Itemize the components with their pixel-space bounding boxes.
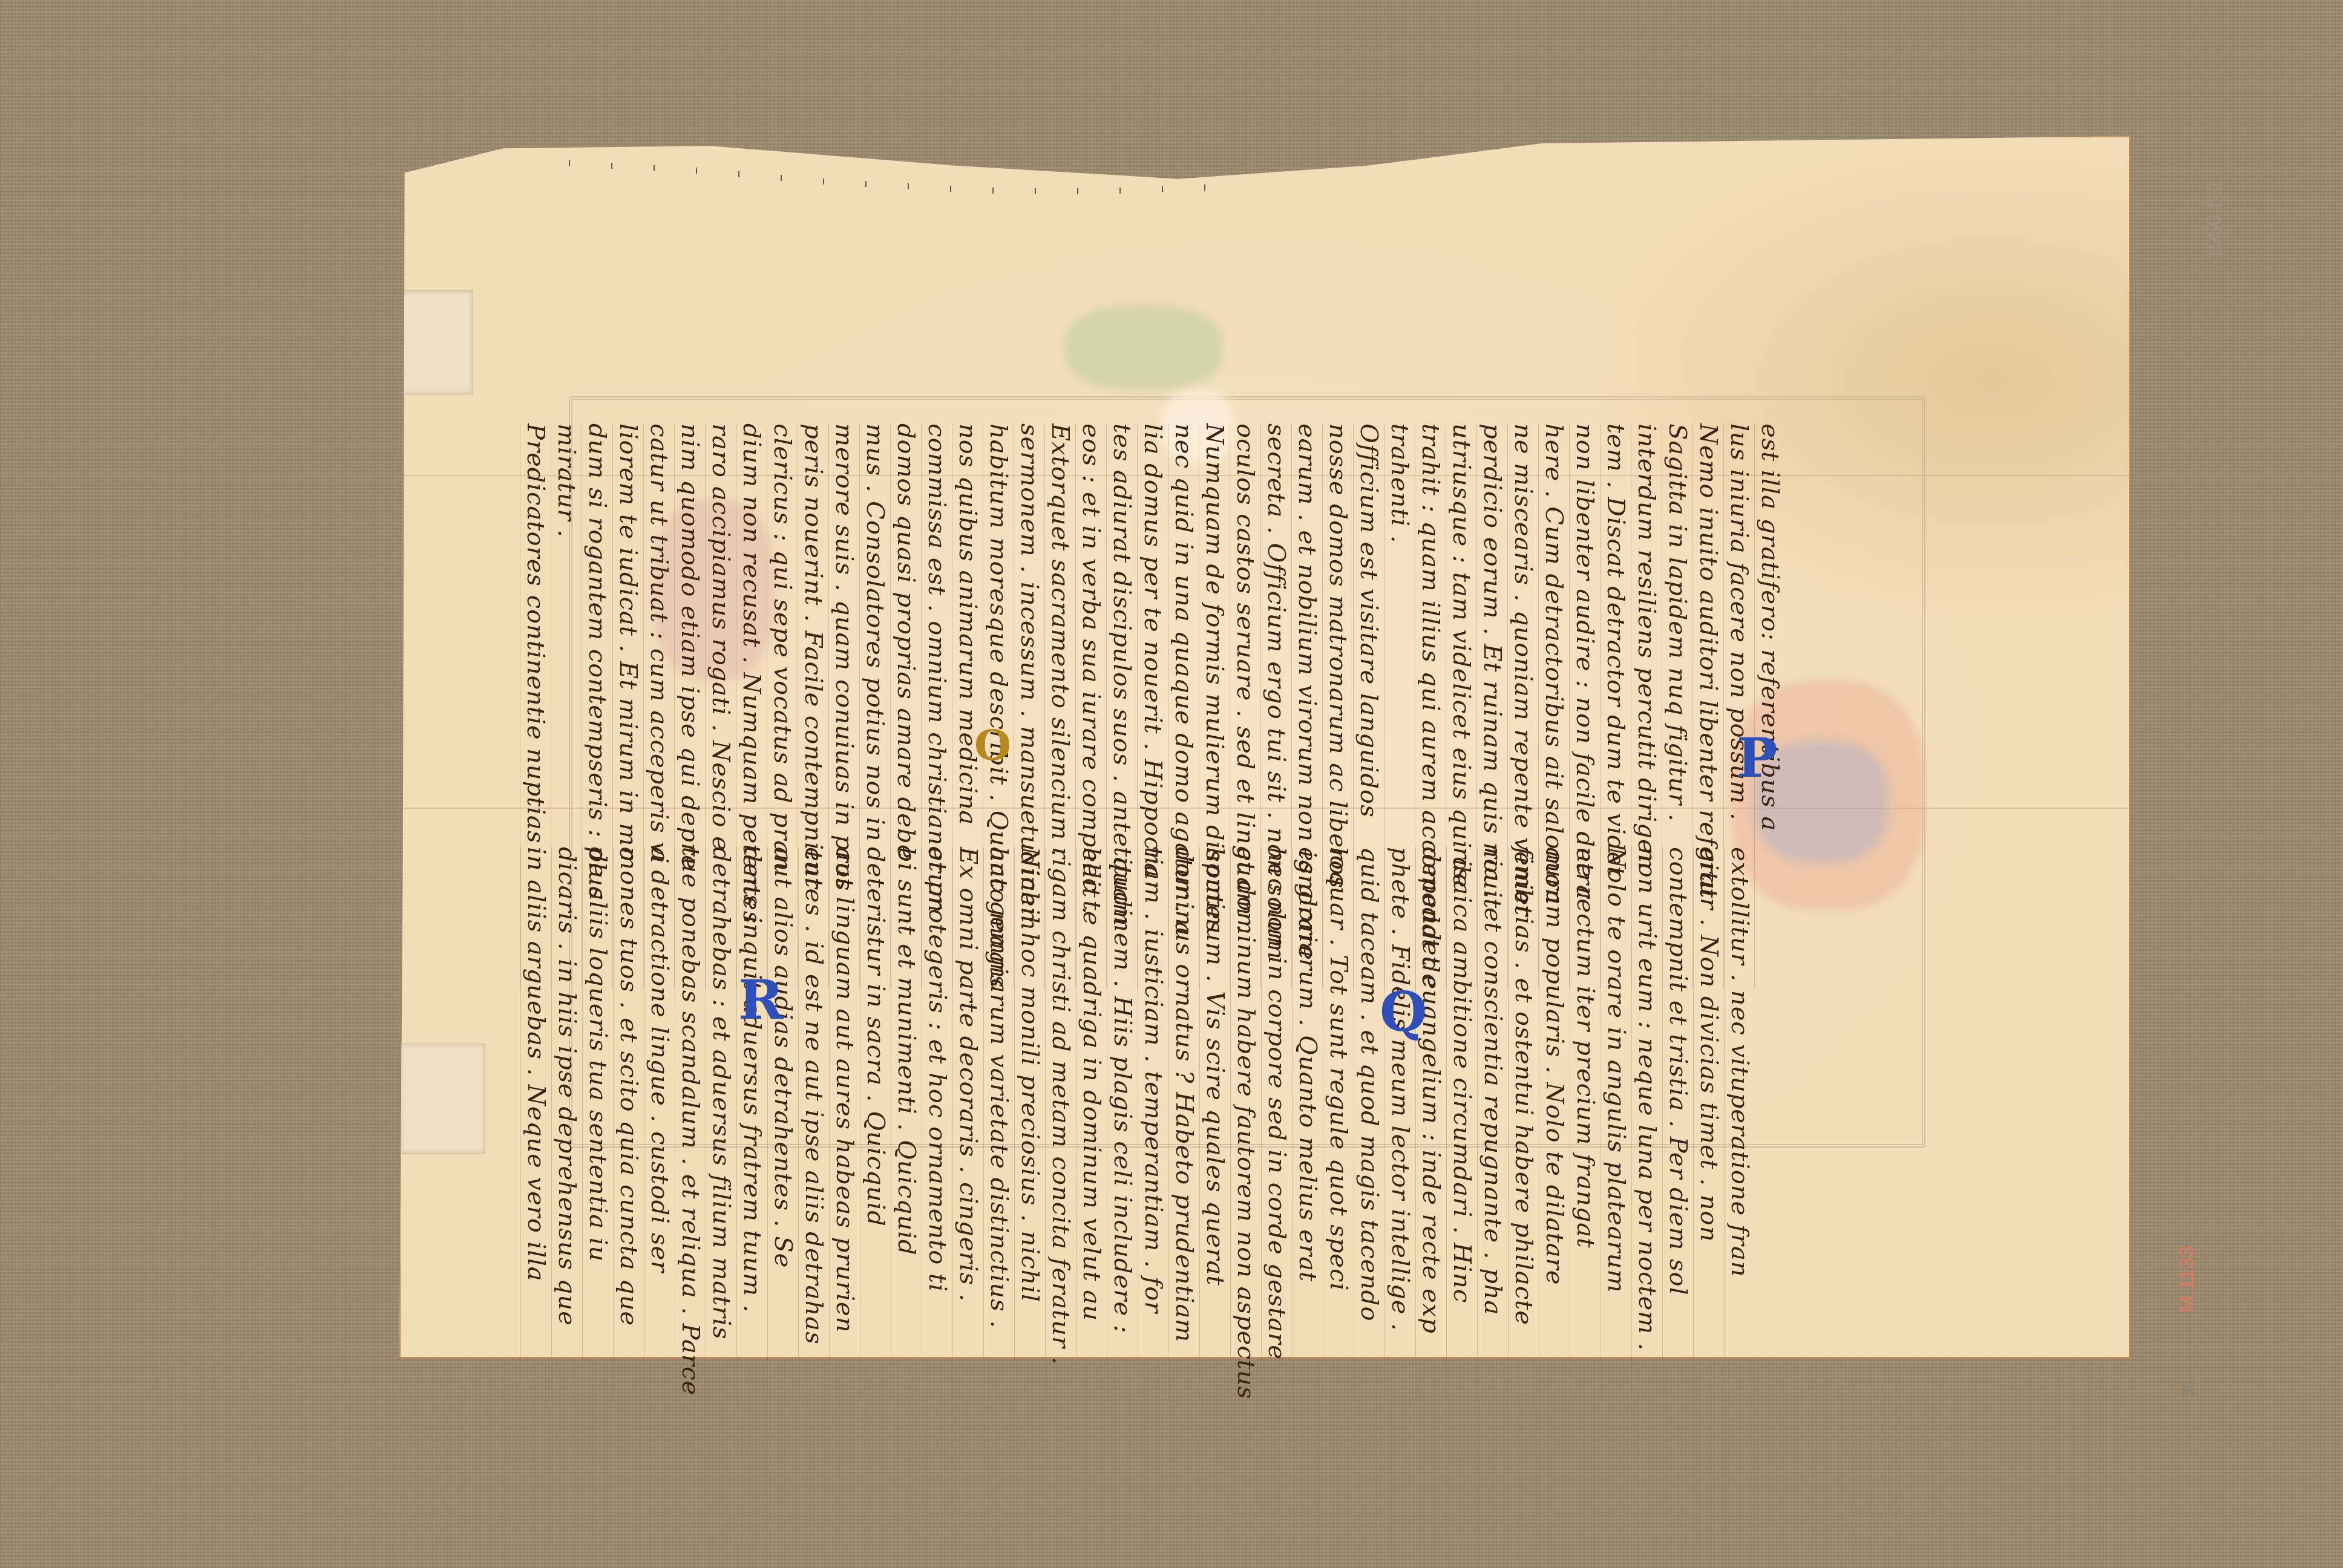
manuscript-line: et dominum habere fautorem non aspectus	[1230, 847, 1261, 1399]
manuscript-line: aut linguam aut aures habeas prurien	[829, 847, 860, 1399]
manuscript-line: contempnit et tristia . Per diem sol	[1662, 847, 1693, 1399]
pricking-holes	[569, 154, 1597, 203]
blue-initial-Q: Q	[1380, 980, 1427, 1044]
manuscript-line: detrahebas : et aduersus filium matris	[706, 847, 736, 1399]
manuscript-line: dicaris . in hiis ipse deprehensus que	[551, 847, 582, 1399]
manuscript-line: Nichil hoc monili preciosius . nichil	[1014, 847, 1045, 1399]
manuscript-line: deteristur in sacra . Quicquid	[860, 847, 891, 1399]
manuscript-line: hominum . Vis scire quales querat	[1199, 847, 1230, 1399]
manuscript-line: quid taceam . et quod magis tacendo	[1354, 847, 1384, 1399]
manuscript-line: hec te quadriga in dominum velut au	[1076, 847, 1107, 1399]
show-through-decoration	[1065, 305, 1222, 390]
manuscript-line: dens inquit aduersus fratrem tuum .	[736, 847, 767, 1399]
gold-initial-O: O	[974, 720, 1011, 770]
manuscript-line: est illa gratifero: referentibus a	[1754, 423, 1785, 988]
manuscript-line: extollitur . nec vituperatione fran	[1724, 847, 1755, 1399]
text-column-upper: est illa gratifero: referentibus alus in…	[605, 423, 1785, 847]
manuscript-line: tue ponebas scandalum . et reliqua . Par…	[675, 847, 706, 1399]
manuscript-line: fimbrias . et ostentui habere philacte	[1508, 847, 1539, 1399]
manuscript-line: entes . id est ne aut ipse aliis detraha…	[798, 847, 829, 1399]
manuscript-line: non urit eum : neque luna per noctem .	[1631, 847, 1662, 1399]
manuscript-line: tiam . iusticiam . temperantiam . for	[1138, 847, 1168, 1399]
manuscript-line: dominus ornatus ? Habeto prudentiam	[1168, 847, 1199, 1399]
manuscript-line: risaica ambitione circumdari . Hinc	[1446, 847, 1477, 1399]
blue-initial-R: R	[738, 968, 784, 1032]
manuscript-line: Ex omni parte decoraris . cingeris .	[952, 847, 983, 1399]
manuscript-line: rigam christi ad metam concita feratur .	[1045, 847, 1076, 1399]
manuscript-line: dependet euangelium : inde recte exp	[1415, 847, 1446, 1399]
blue-initial-P: P	[1737, 726, 1778, 790]
manuscript-line: Nolo te orare in angulis platearum	[1601, 847, 1631, 1399]
manuscript-line: aut alios audias detrahentes . Se	[767, 847, 798, 1399]
lower-lines: extollitur . nec vituperatione frangitur…	[520, 847, 1755, 1399]
accession-number: 1950.6.2	[2203, 180, 2226, 260]
manuscript-line: et protegeris : et hoc ornamento ti	[922, 847, 952, 1399]
hinge-tab-lower	[399, 1044, 485, 1154]
manuscript-line: gitur . Non divicias timet . non	[1693, 847, 1724, 1399]
manuscript-line: auram popularis . Nolo te dilatare	[1539, 847, 1570, 1399]
manuscript-line: es gloriarum . Quanto melius erat	[1292, 847, 1323, 1399]
manuscript-line: hec non in corpore sed in corde gestare	[1261, 847, 1292, 1399]
manuscript-line: ne rectum iter precium frangat	[1570, 847, 1601, 1399]
manuscript-line: bi sunt et munimenti . Quicquid	[891, 847, 922, 1399]
manuscript-line: a detractione lingue . custodi ser	[644, 847, 675, 1399]
manuscript-line: in aliis arguebas . Neque vero illa	[520, 847, 551, 1399]
manuscript-line: de aliis loqueris tua sententia iu	[582, 847, 613, 1399]
manuscript-line: ria . et conscientia repugnante . pha	[1477, 847, 1508, 1399]
manuscript-line: phete . Fidelis meum lector intellige .	[1384, 847, 1415, 1399]
hinge-tab-upper	[399, 290, 473, 394]
manuscript-line: hac gemmarum varietate distinctius .	[983, 847, 1014, 1399]
folio-number: 38	[2178, 1380, 2197, 1397]
text-column-lower: extollitur . nec vituperatione frangitur…	[563, 847, 1755, 1282]
manuscript-line: mones tuos . et scito quia cuncta que	[613, 847, 644, 1399]
manuscript-line: loquar . Tot sunt regule quot speci	[1323, 847, 1354, 1399]
red-pencil-number: M.1133	[2175, 1246, 2199, 1313]
manuscript-line: titudinem . Hiis plagis celi includere :	[1107, 847, 1138, 1399]
